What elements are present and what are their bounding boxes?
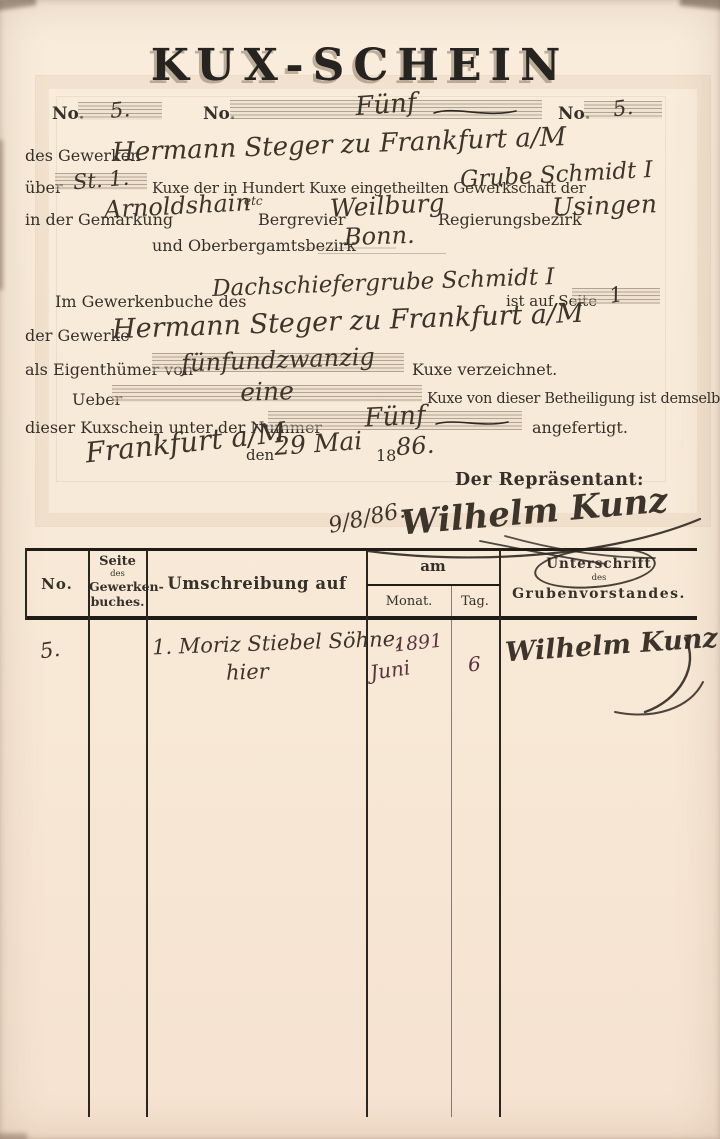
row-umschreibung-line2: hier [226,659,270,684]
table-header-bottom-border [25,616,697,620]
row-tag: 6 [467,652,481,677]
photo-edge-artifact [0,140,3,290]
table-header-seite-2: des [89,569,146,579]
pen-swash [430,104,520,120]
row-umschreibung-line1: 1. Moriz Stiebel Söhne, [152,627,402,660]
underline-rule [318,253,446,254]
pen-swash [432,416,512,430]
gemarkung-suffix: etc [244,194,263,208]
gewerkschaft-name: Grube Schmidt I [459,157,653,193]
table-header-am: am [367,557,499,575]
table-header-no: No. [25,575,89,593]
bergrevier-value: Weilburg [329,188,445,223]
row-monat: Juni [369,655,412,684]
table-header-seite-1: Seite [89,554,146,569]
gewerkenbuch-value: Dachschiefergrube Schmidt I [212,264,555,302]
table-header-seite-3: Gewerken- [89,579,146,594]
eigenthuemer-field: fünfundzwanzig [152,353,404,372]
no-right-value: 5. [583,91,664,126]
row-no: 5. [38,637,61,664]
no-right-field: 5. [584,101,662,119]
ueber2-field: eine [112,385,422,402]
table-header-monat: Monat. [367,594,451,609]
seite-field: 1 [572,288,660,304]
gewerken-name: Hermann Steger zu Frankfurt a/M [112,122,567,168]
photo-edge-artifact [679,0,720,10]
year-prefix: 18 [376,446,396,465]
table-header-tag: Tag. [451,594,499,609]
am-subheader-rule [367,584,500,586]
date-value: 29 Mai [273,426,363,461]
row-signature-flourish [495,620,710,735]
table-col-divider [88,550,90,1117]
eigenthuemer-suffix: Kuxe verzeichnet. [412,360,557,379]
no-left-field: 5. [78,102,162,120]
gemarkung-value: Arnoldshain [103,188,251,224]
regierungsbezirk-value: Usingen [552,189,658,222]
photo-edge-artifact [0,1133,27,1139]
table-col-divider [146,550,148,1117]
certificate-page: KUX-SCHEIN No. 5. No. Fünf No. 5. des Ge… [0,0,720,1139]
row-jahr: 1891 [393,630,443,657]
year-value: 86. [395,431,435,462]
den-label: den [246,446,274,464]
table-header-unterschrift-3: Grubenvorstandes. [501,586,697,602]
faint-rule [300,247,396,249]
table-header-umschreibung: Umschreibung auf [148,574,366,593]
ueber-value: St. 1. [54,164,148,196]
document-title: KUX-SCHEIN [0,40,720,91]
table-header-seite-4: buches. [89,594,146,609]
seite-value: 1 [571,276,662,315]
photo-edge-artifact [0,0,37,11]
ueber-field: St. 1. [55,173,147,190]
nummer-suffix: angefertigt. [532,418,628,437]
no-left-value: 5. [77,94,163,127]
signature-tail-into-header [495,528,665,568]
table-col-divider-thin [451,585,452,1117]
